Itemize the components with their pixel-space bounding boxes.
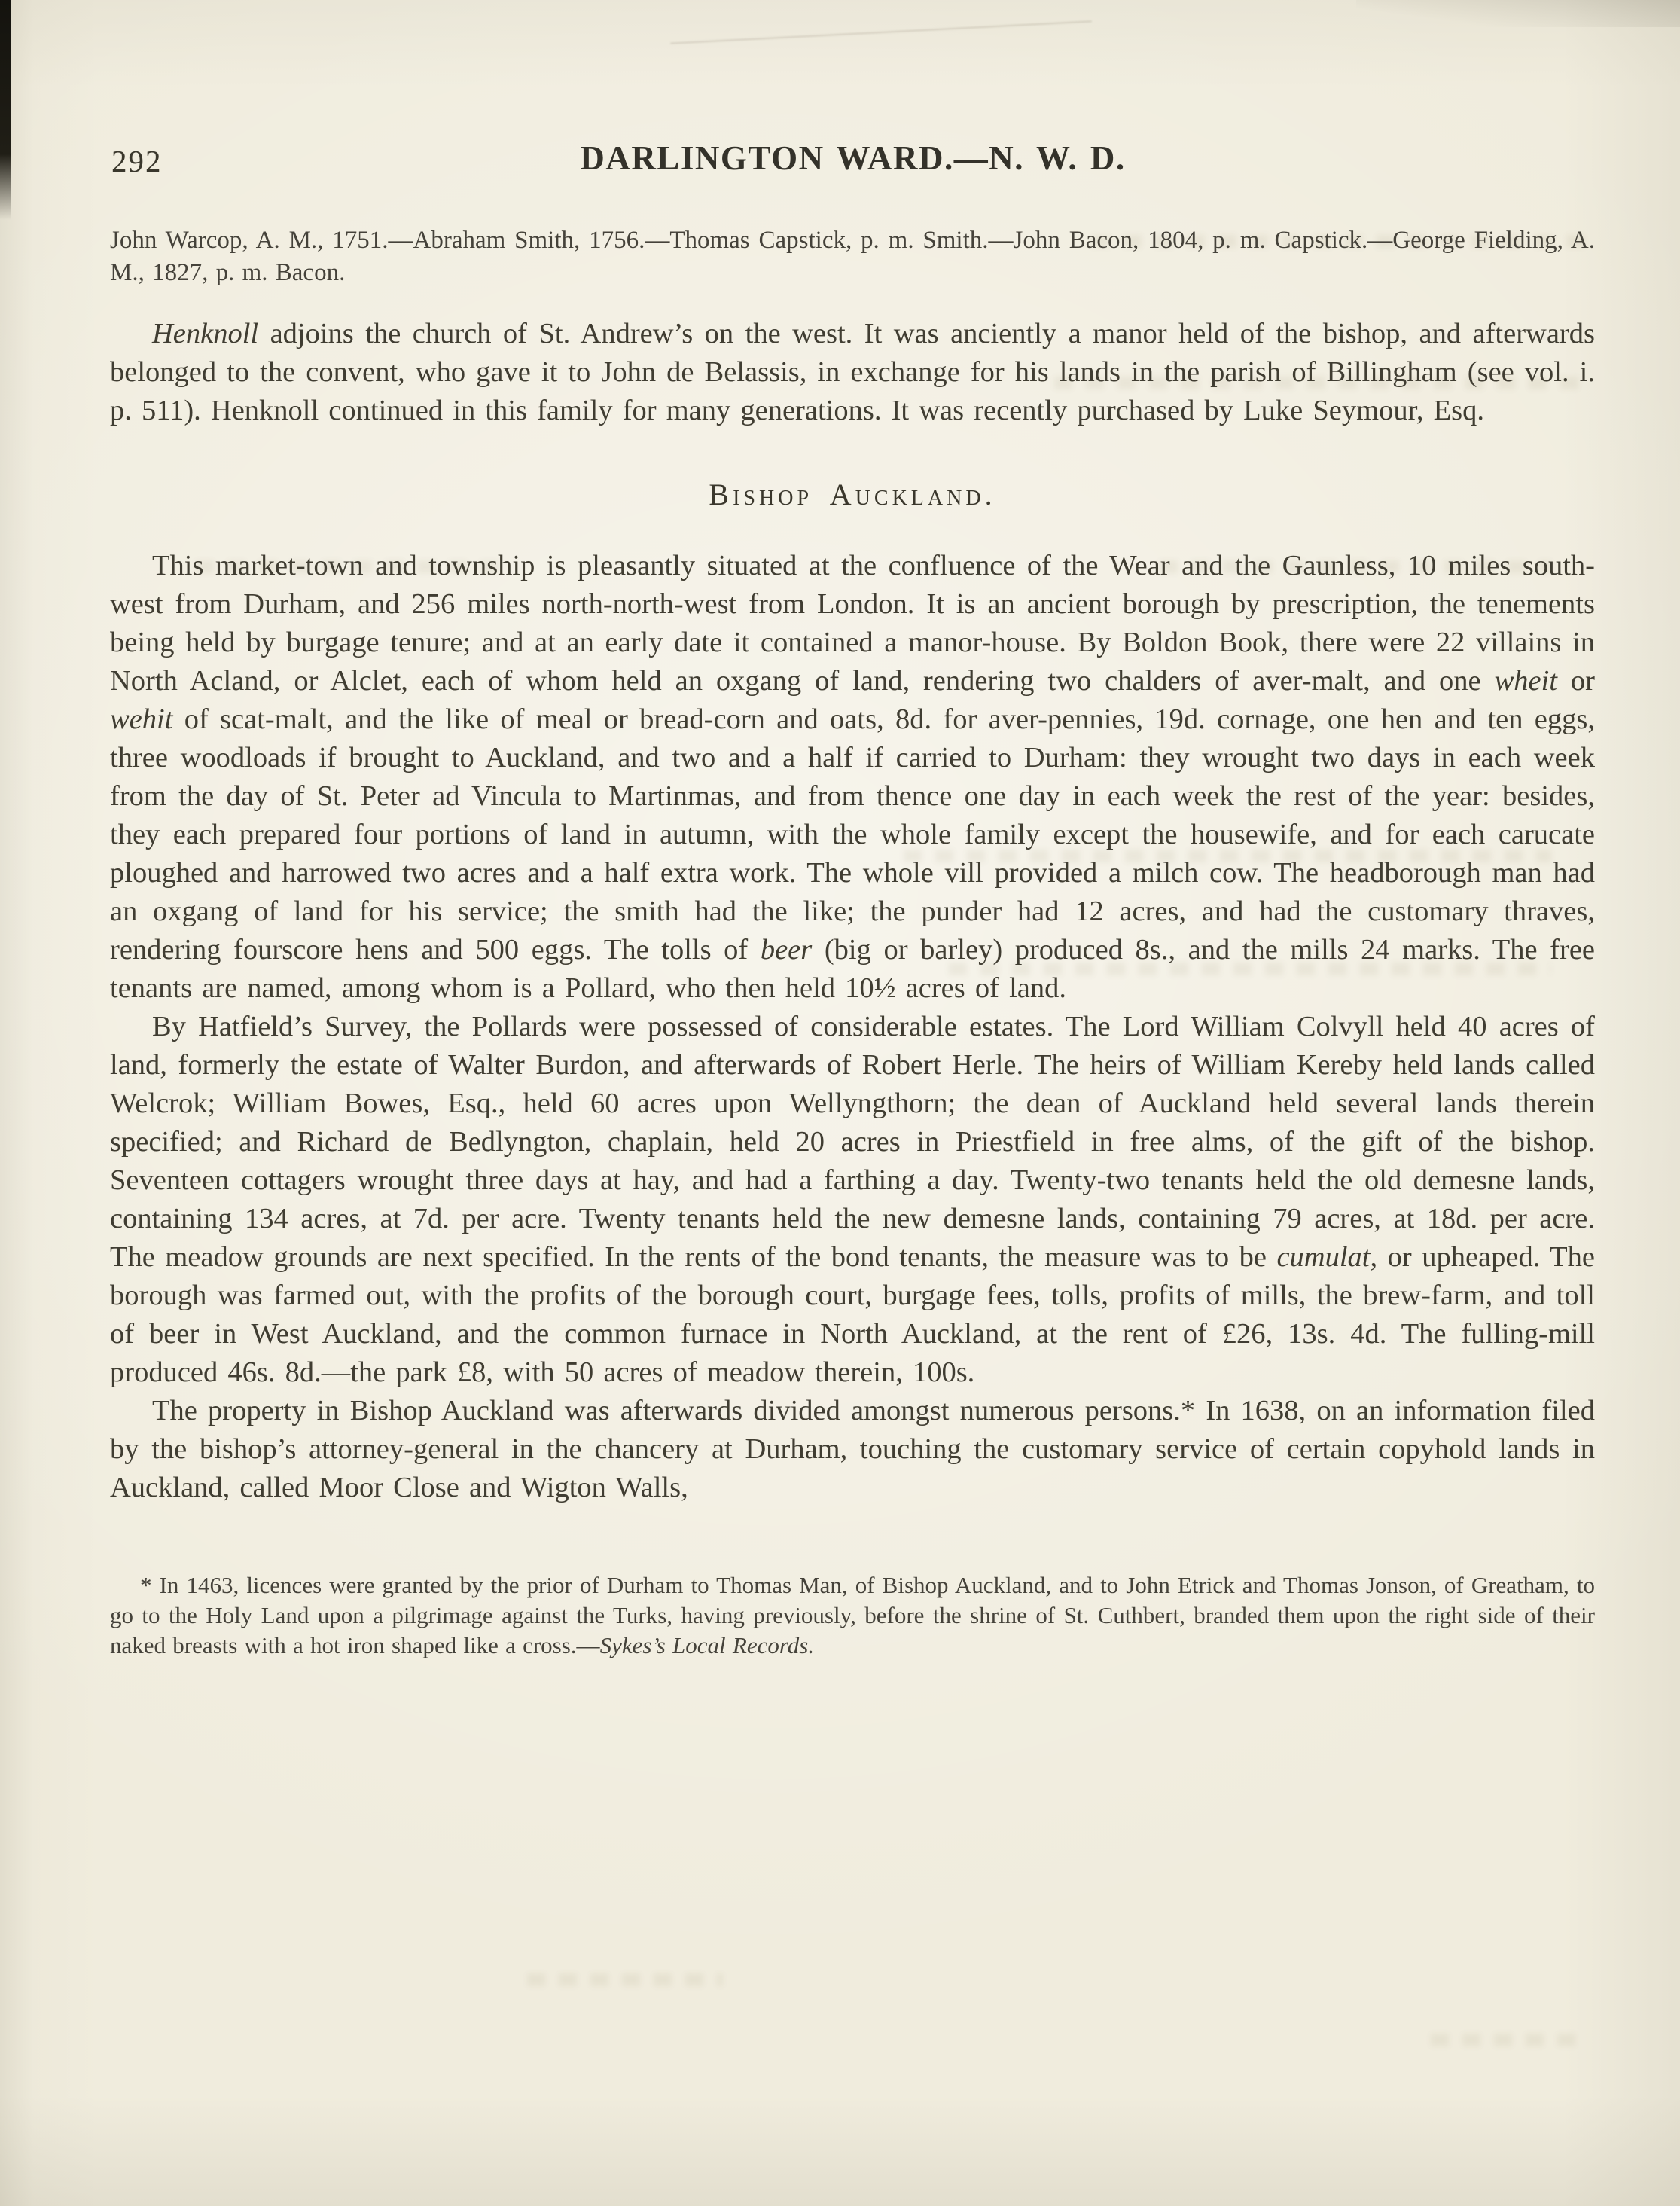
- paragraph-incumbents: John Warcop, A. M., 1751.—Abraham Smith,…: [110, 224, 1595, 289]
- section-heading-bishop-auckland: Bishop Auckland.: [110, 477, 1595, 512]
- show-through-ghost: [1431, 2034, 1589, 2046]
- scan-edge-artifact-left: [0, 0, 11, 220]
- paragraph-henknoll: Henknoll adjoins the church of St. Andre…: [110, 315, 1595, 430]
- text-column: John Warcop, A. M., 1751.—Abraham Smith,…: [110, 224, 1595, 1661]
- paragraph-hatfields-survey: By Hatfield’s Survey, the Pollards were …: [110, 1008, 1595, 1392]
- paper-crease: [670, 20, 1091, 44]
- paragraph-bishop-auckland: This market-town and township is pleasan…: [110, 547, 1595, 1008]
- running-header: 292 DARLINGTON WARD.—N. W. D.: [110, 139, 1596, 181]
- scan-shadow-top-right: [1356, 0, 1680, 27]
- paragraph-property-division: The property in Bishop Auckland was afte…: [110, 1392, 1595, 1507]
- running-header-title: DARLINGTON WARD.—N. W. D.: [110, 139, 1596, 178]
- show-through-ghost: [527, 1973, 723, 1986]
- footnote: * In 1463, licences were granted by the …: [110, 1570, 1595, 1661]
- book-page-scan: 292 DARLINGTON WARD.—N. W. D. John Warco…: [0, 0, 1680, 2206]
